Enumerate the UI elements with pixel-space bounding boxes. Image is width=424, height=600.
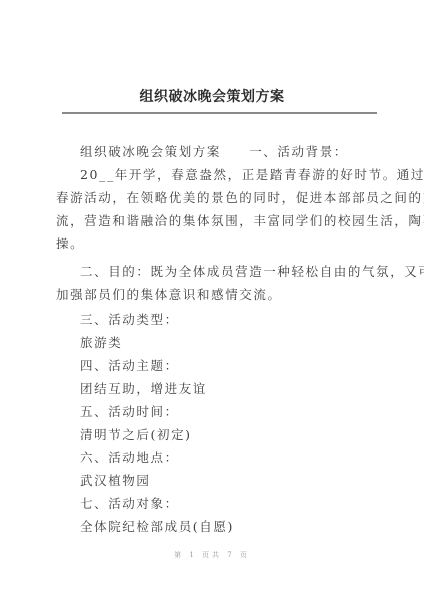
document-page: 组织破冰晚会策划方案 组织破冰晚会策划方案 一、活动背景： 20__年开学，春意… <box>0 0 424 600</box>
page-number-footer: 第 1 页共 7 页 <box>0 550 424 560</box>
section-value: 武汉植物园 <box>80 473 151 489</box>
paragraph-line: 操。 <box>56 236 84 252</box>
paragraph-line: 加强部员们的集体意识和感情交流。 <box>56 287 282 303</box>
paragraph-line: 流，营造和谐融洽的集体氛围，丰富同学们的校园生活，陶冶情 <box>56 213 424 229</box>
section-heading: 四、活动主题： <box>80 358 179 374</box>
paragraph-line: 20__年开学，春意盎然，正是踏青春游的好时节。通过本次 <box>80 167 424 183</box>
section-value: 全体院纪检部成员(自愿) <box>80 519 234 535</box>
paragraph-line: 组织破冰晚会策划方案 一、活动背景： <box>80 144 348 160</box>
paragraph-line: 春游活动，在领略优美的景色的同时，促进本部部员之间的交 <box>56 190 424 206</box>
section-value: 团结互助，增进友谊 <box>80 381 207 397</box>
paragraph-line: 二、目的：既为全体成员营造一种轻松自由的气氛，又可以 <box>80 264 424 280</box>
document-title: 组织破冰晚会策划方案 <box>0 86 424 106</box>
section-value: 清明节之后(初定) <box>80 427 192 443</box>
section-heading: 三、活动类型： <box>80 312 179 328</box>
section-heading: 五、活动时间： <box>80 404 179 420</box>
title-divider <box>62 112 377 114</box>
section-heading: 六、活动地点： <box>80 450 179 466</box>
section-value: 旅游类 <box>80 335 122 351</box>
section-heading: 七、活动对象： <box>80 496 179 512</box>
